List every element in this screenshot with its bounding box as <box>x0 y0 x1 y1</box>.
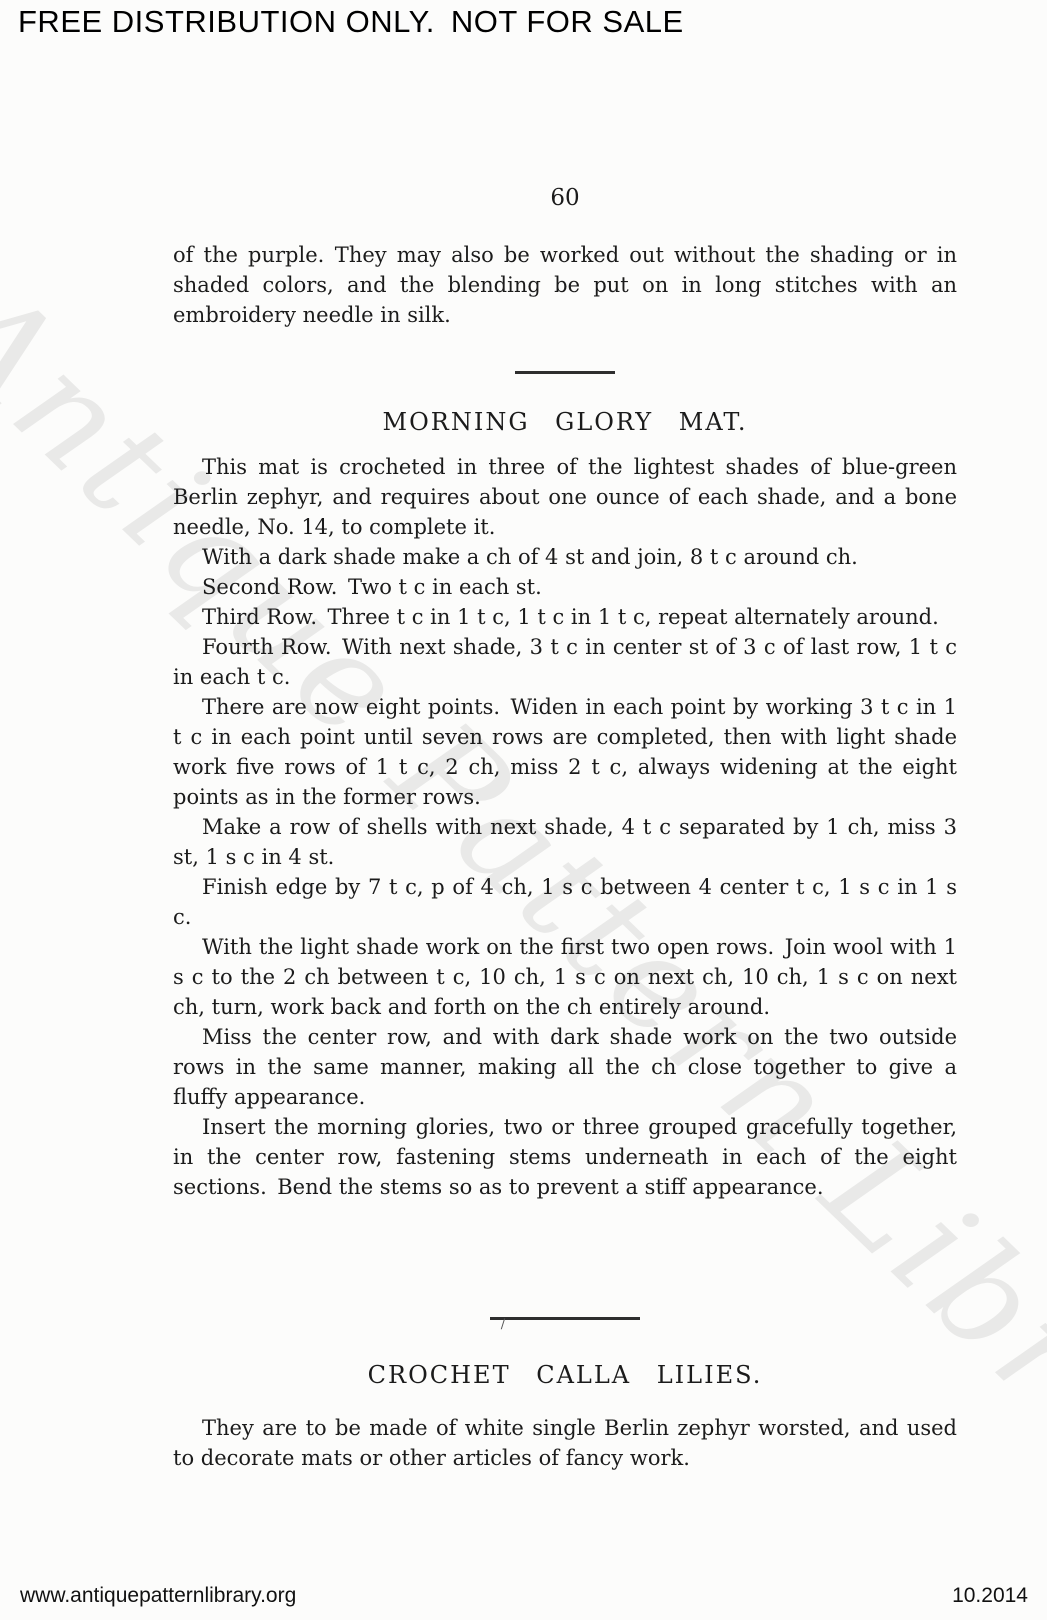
calla-lilies-heading: CROCHET CALLA LILIES. <box>173 1360 957 1390</box>
paragraph: Miss the center row, and with dark shade… <box>173 1022 957 1112</box>
scan-mark: / <box>111 1320 895 1330</box>
paragraph: This mat is crocheted in three of the li… <box>173 452 957 542</box>
paragraph: Third Row. Three t c in 1 t c, 1 t c in … <box>173 602 957 632</box>
scanned-book-page: Antique Pattern Library FREE DISTRIBUTIO… <box>0 0 1047 1620</box>
paragraph: Second Row. Two t c in each st. <box>173 572 957 602</box>
page-text-column: 60 of the purple. They may also be worke… <box>173 183 957 1202</box>
intro-paragraph: of the purple. They may also be worked o… <box>173 240 957 330</box>
morning-glory-heading: MORNING GLORY MAT. <box>173 407 957 437</box>
footer-url: www.antiquepatternlibrary.org <box>20 1584 296 1608</box>
footer-date: 10.2014 <box>952 1584 1028 1608</box>
paragraph: Finish edge by 7 t c, p of 4 ch, 1 s c b… <box>173 872 957 932</box>
free-distribution-notice: FREE DISTRIBUTION ONLY. NOT FOR SALE <box>18 4 684 40</box>
paragraph: They are to be made of white single Berl… <box>173 1413 957 1473</box>
page-number: 60 <box>173 183 957 213</box>
paragraph: Insert the morning glories, two or three… <box>173 1112 957 1202</box>
paragraph: Fourth Row. With next shade, 3 t c in ce… <box>173 632 957 692</box>
section-divider <box>515 371 615 374</box>
paragraph: With the light shade work on the first t… <box>173 932 957 1022</box>
calla-lilies-section: / CROCHET CALLA LILIES. They are to be m… <box>173 1317 957 1473</box>
paragraph: Make a row of shells with next shade, 4 … <box>173 812 957 872</box>
paragraph: There are now eight points. Widen in eac… <box>173 692 957 812</box>
paragraph: With a dark shade make a ch of 4 st and … <box>173 542 957 572</box>
